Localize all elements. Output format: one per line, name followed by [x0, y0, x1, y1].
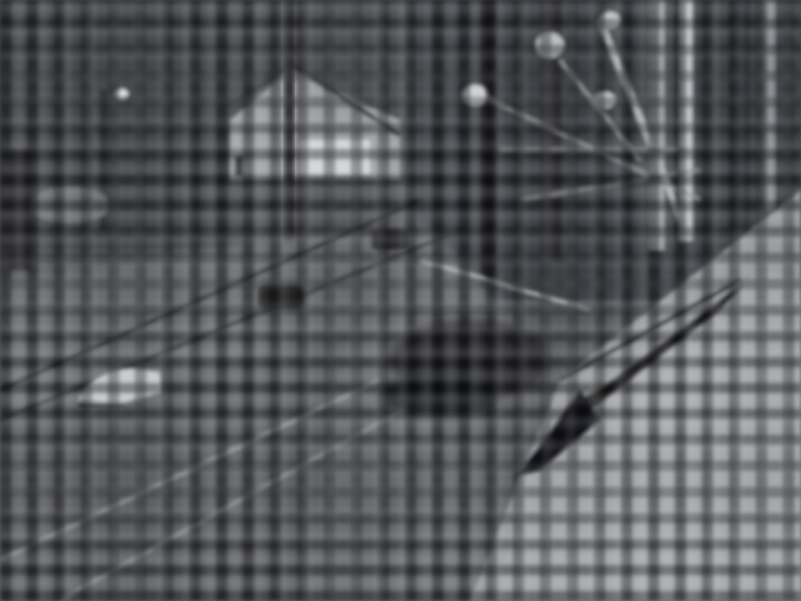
background-trees	[0, 0, 240, 270]
photo-scene: Grayscale photo taken through a window s…	[0, 0, 801, 601]
photograph	[0, 0, 801, 601]
